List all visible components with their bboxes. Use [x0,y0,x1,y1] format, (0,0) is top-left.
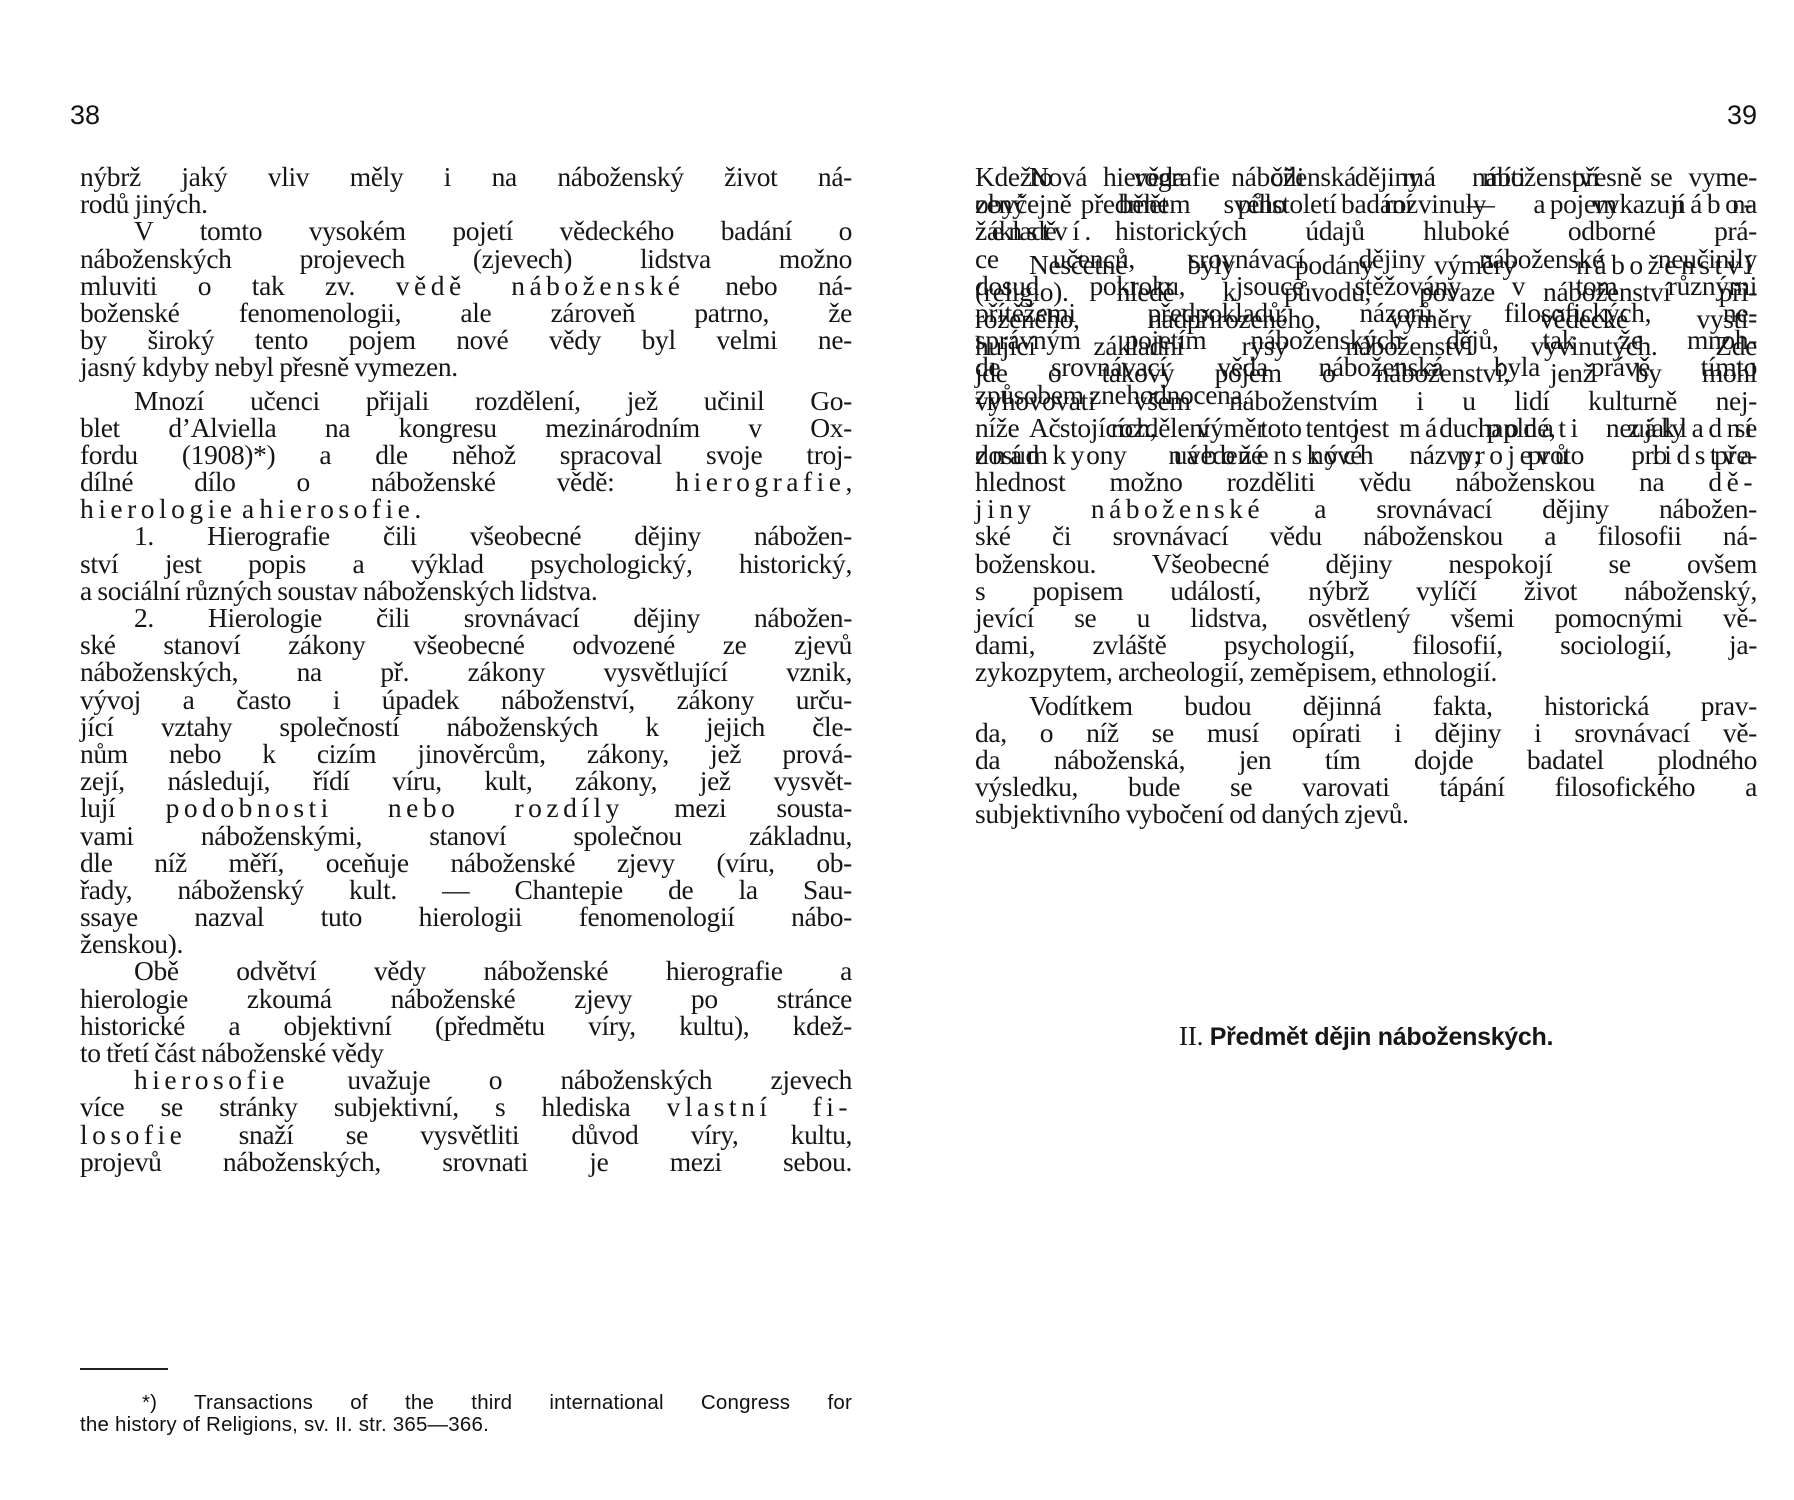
left-page: 38 nýbrž jaký vliv měly i na náboženský … [80,0,852,1500]
text-line: dle níž měří, oceňuje náboženské zjevy (… [80,849,852,876]
text-line: historické a objektivní (předmětu víry, … [80,1012,852,1039]
text-line: zykozpytem, archeologií, zeměpisem, ethn… [975,658,1757,685]
text-line: náboženských, na př. zákony vysvětlující… [80,658,852,685]
text-line: známky náboženských projevů lidstva [975,441,1757,468]
text-line: losofie snaží se vysvětliti důvod víry, … [80,1121,852,1148]
text-line: 2. Hierologie čili srovnávací dějiny náb… [80,604,852,631]
text-line: výsledku, bude se varovati tápání filoso… [975,773,1757,800]
text-line: jiny náboženské a srovnávací dějiny nábo… [975,495,1757,522]
page-number: 38 [70,100,100,130]
text-line: to třetí část náboženské vědy [80,1039,852,1066]
text-line: Nesčetné byly podány výměry náboženství [975,251,1757,278]
text-line: hierologie a hierosofie. [80,495,852,522]
text-line: ženskou). [80,930,852,957]
text-line: zejí, následují, řídí víru, kult, zákony… [80,767,852,794]
right-page: 39 Kdežto hierografie čili dějiny nábože… [975,0,1757,1500]
text-line: ženství. [975,217,1757,244]
footnote-line: *) Transactions of the third internation… [80,1392,852,1414]
text-line: jevící se u lidstva, osvětlený všemi pom… [975,604,1757,631]
footnote: *) Transactions of the third internation… [80,1392,852,1436]
section-heading: II. Předmět dějin náboženských. [975,1020,1757,1053]
text-line: níže stojících, výměr tento má podati zá… [975,414,1757,441]
text-line: hující základní rysy náboženství vyvinut… [975,332,1757,359]
text-line: da náboženská, jen tím dojde badatel plo… [975,746,1757,773]
emphasized-text: náboženství [1576,249,1757,280]
footnote-line: the history of Religions, sv. II. str. 3… [80,1414,852,1436]
emphasized-text: hierografie [675,466,845,497]
text-line: (religio). hledě k původu, povaze nábože… [975,278,1757,305]
text-line: hierosofie uvažuje o náboženských zjevec… [80,1066,852,1093]
text-line: jasný kdyby nebyl přesně vymezen. [80,353,852,380]
text-line: ské či srovnávací vědu náboženskou a fil… [975,522,1757,549]
text-line: blet d’Alviella na kongresu mezinárodním… [80,414,852,441]
emphasized-text: podobnosti nebo rozdíly [166,792,624,823]
text-line: zený předmět svého badání — pojem nábo- [975,190,1757,217]
text-line: nýbrž jaký vliv měly i na náboženský živ… [80,163,852,190]
text-line: jde o takový pojem o náboženství, jenž b… [975,359,1757,386]
right-page-section-body: Nová věda náboženská má míti přesně vyme… [975,163,1757,468]
text-line: by široký tento pojem nové vědy byl velm… [80,326,852,353]
text-line: náboženských projevech (zjevech) lidstva… [80,245,852,272]
emphasized-text: nábo- [1672,188,1757,219]
text-line: hierologie zkoumá náboženské zjevy po st… [80,985,852,1012]
text-line: ské stanoví zákony všeobecné odvozené ze… [80,631,852,658]
text-line: da, o níž se musí opírati i dějiny i sro… [975,719,1757,746]
text-line: mluviti o tak zv. vědě náboženské nebo n… [80,272,852,299]
text-line: rozeného, nadpřirozeného, výměry vědecké… [975,305,1757,332]
text-line: projevů náboženských, srovnati je mezi s… [80,1148,852,1175]
emphasized-text: ženství [975,215,1084,246]
text-line: subjektivního vybočení od daných zjevů. [975,800,1757,827]
text-line: Nová věda náboženská má míti přesně vyme… [975,163,1757,190]
text-line: dami, zvláště psychologií, filosofií, so… [975,631,1757,658]
footnote-divider [80,1368,168,1370]
text-line: nům nebo k cizím jinověrcům, zákony, jež… [80,740,852,767]
text-line: boženské fenomenologii, ale zároveň patr… [80,299,852,326]
text-line: vývoj a často i úpadek náboženství, záko… [80,686,852,713]
text-line: řady, náboženský kult. — Chantepie de la… [80,876,852,903]
text-line: boženskou. Všeobecné dějiny nespokojí se… [975,550,1757,577]
section-title: Předmět dějin náboženských. [1210,1023,1553,1051]
text-line: Obě odvětví vědy náboženské hierografie … [80,957,852,984]
page-number: 39 [1727,100,1757,130]
text-line: Mnozí učenci přijali rozdělení, jež učin… [80,387,852,414]
emphasized-text: známky náboženských projevů lidstva [975,439,1757,470]
text-line: lují podobnosti nebo rozdíly mezi sousta… [80,794,852,821]
text-line: vyhovovati všem náboženstvím i u lidí ku… [975,387,1757,414]
text-line: rodů jiných. [80,190,852,217]
section-number: II. [1179,1020,1203,1051]
text-line: s popisem událostí, nýbrž vylíčí život n… [975,577,1757,604]
text-line: Vodítkem budou dějinná fakta, historická… [975,692,1757,719]
text-line: vami náboženskými, stanoví společnou zák… [80,822,852,849]
left-page-body: nýbrž jaký vliv měly i na náboženský živ… [80,163,852,1175]
text-line: ství jest popis a výklad psychologický, … [80,550,852,577]
text-line: dílné dílo o náboženské vědě: hierografi… [80,468,852,495]
text-line: V tomto vysokém pojetí vědeckého badání … [80,217,852,244]
text-line: ssaye nazval tuto hierologii fenomenolog… [80,903,852,930]
text-line: a sociální různých soustav náboženských … [80,577,852,604]
text-line: 1. Hierografie čili všeobecné dějiny náb… [80,522,852,549]
emphasized-text: losofie [80,1119,186,1150]
text-line: jící vztahy společností náboženských k j… [80,713,852,740]
text-line: více se stránky subjektivní, s hlediska … [80,1093,852,1120]
text-line: hlednost možno rozděliti vědu nábožensko… [975,468,1757,495]
text-line: fordu (1908)*) a dle něhož spracoval svo… [80,441,852,468]
